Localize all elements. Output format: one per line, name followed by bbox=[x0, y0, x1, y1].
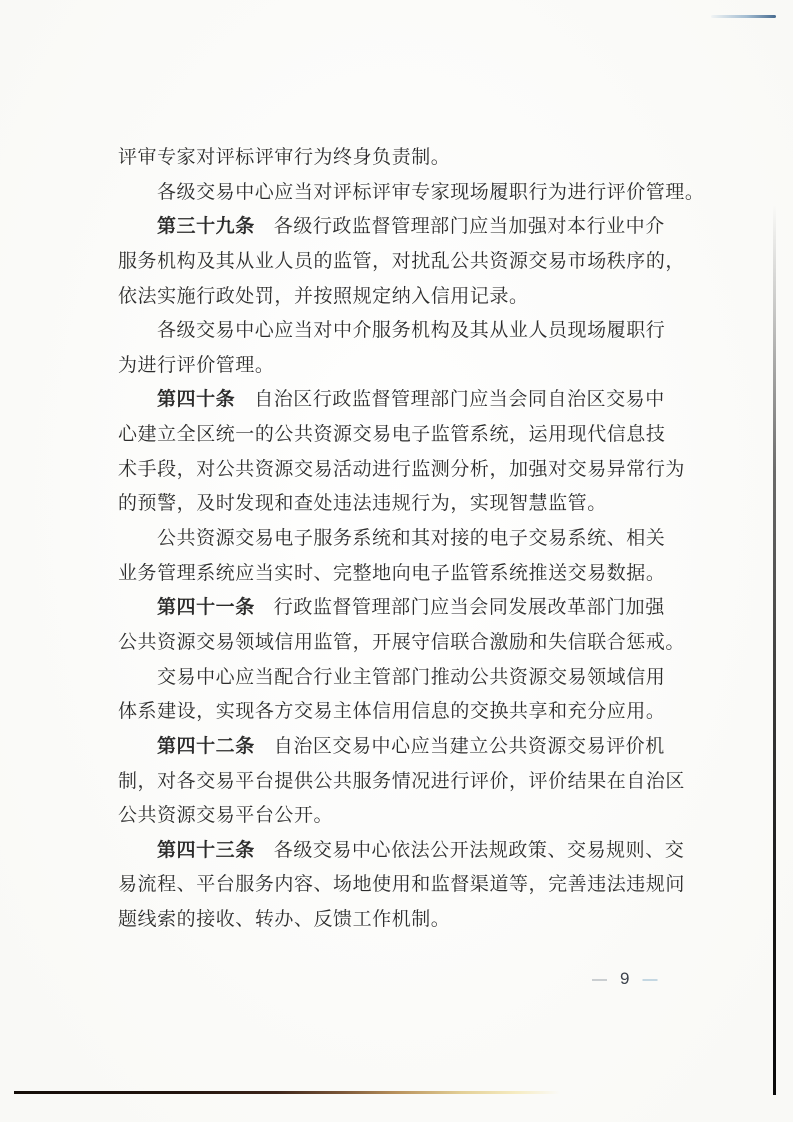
text-line: 题线索的接收、转办、反馈工作机制。 bbox=[118, 903, 685, 938]
line-text: 的预警，及时发现和查处违法违规行为，实现智慧监管。 bbox=[118, 493, 607, 514]
text-line: 公共资源交易领域信用监管，开展守信联合激励和失信联合惩戒。 bbox=[118, 626, 685, 661]
text-line: 依法实施行政处罚，并按照规定纳入信用记录。 bbox=[118, 280, 685, 315]
line-text: 依法实施行政处罚，并按照规定纳入信用记录。 bbox=[118, 286, 529, 307]
line-text: 易流程、平台服务内容、场地使用和监督渠道等，完善违法违规问 bbox=[118, 874, 685, 895]
line-text: 术手段，对公共资源交易活动进行监测分析，加强对交易异常行为 bbox=[118, 459, 685, 480]
text-line: 第三十九条各级行政监督管理部门应当加强对本行业中介 bbox=[118, 210, 685, 245]
text-line: 公共资源交易电子服务系统和其对接的电子交易系统、相关 bbox=[118, 522, 685, 557]
page-number: — 9 — bbox=[592, 969, 657, 989]
document-body: 评审专家对评标评审行为终身负责制。 各级交易中心应当对评标评审专家现场履职行为进… bbox=[118, 141, 685, 938]
line-text: 各级交易中心应当对中介服务机构及其从业人员现场履职行 bbox=[157, 320, 665, 341]
text-line: 术手段，对公共资源交易活动进行监测分析，加强对交易异常行为 bbox=[118, 453, 685, 488]
line-text: 为进行评价管理。 bbox=[118, 355, 274, 376]
line-text: 公共资源交易平台公开。 bbox=[118, 805, 333, 826]
text-line: 公共资源交易平台公开。 bbox=[118, 799, 685, 834]
text-line: 业务管理系统应当实时、完整地向电子监管系统推送交易数据。 bbox=[118, 557, 685, 592]
line-text: 公共资源交易领域信用监管，开展守信联合激励和失信联合惩戒。 bbox=[118, 632, 685, 653]
line-text: 公共资源交易电子服务系统和其对接的电子交易系统、相关 bbox=[157, 528, 665, 549]
page-number-value: 9 bbox=[620, 969, 629, 989]
text-line: 为进行评价管理。 bbox=[118, 349, 685, 384]
line-text: 制，对各交易平台提供公共服务情况进行评价，评价结果在自治区 bbox=[118, 771, 685, 792]
line-text: 服务机构及其从业人员的监管，对扰乱公共资源交易市场秩序的， bbox=[118, 251, 685, 272]
text-line: 心建立全区统一的公共资源交易电子监管系统，运用现代信息技 bbox=[118, 418, 685, 453]
article-number: 第四十二条 bbox=[157, 736, 255, 757]
scan-edge-line-right bbox=[773, 205, 776, 1095]
text-line: 体系建设，实现各方交易主体信用信息的交换共享和充分应用。 bbox=[118, 695, 685, 730]
text-line: 制，对各交易平台提供公共服务情况进行评价，评价结果在自治区 bbox=[118, 765, 685, 800]
line-text: 题线索的接收、转办、反馈工作机制。 bbox=[118, 909, 450, 930]
article-number: 第四十一条 bbox=[157, 597, 255, 618]
text-line: 各级交易中心应当对中介服务机构及其从业人员现场履职行 bbox=[118, 314, 685, 349]
text-line: 第四十三条各级交易中心依法公开法规政策、交易规则、交 bbox=[118, 834, 685, 869]
line-text: 行政监督管理部门应当会同发展改革部门加强 bbox=[274, 597, 665, 618]
line-text: 各级交易中心应当对评标评审专家现场履职行为进行评价管理。 bbox=[157, 182, 704, 203]
text-line: 交易中心应当配合行业主管部门推动公共资源交易领域信用 bbox=[118, 661, 685, 696]
article-number: 第四十条 bbox=[157, 389, 235, 410]
line-text: 体系建设，实现各方交易主体信用信息的交换共享和充分应用。 bbox=[118, 701, 665, 722]
line-text: 交易中心应当配合行业主管部门推动公共资源交易领域信用 bbox=[157, 667, 665, 688]
scan-edge-line-bottom bbox=[14, 1091, 560, 1094]
line-text: 各级交易中心依法公开法规政策、交易规则、交 bbox=[274, 840, 685, 861]
page-number-dash-left: — bbox=[592, 972, 607, 987]
line-text: 自治区交易中心应当建立公共资源交易评价机 bbox=[274, 736, 665, 757]
line-text: 自治区行政监督管理部门应当会同自治区交易中 bbox=[254, 389, 665, 410]
text-line: 评审专家对评标评审行为终身负责制。 bbox=[118, 141, 685, 176]
page-number-dash-right: — bbox=[642, 972, 657, 987]
line-text: 业务管理系统应当实时、完整地向电子监管系统推送交易数据。 bbox=[118, 563, 665, 584]
text-line: 第四十二条自治区交易中心应当建立公共资源交易评价机 bbox=[118, 730, 685, 765]
text-line: 的预警，及时发现和查处违法违规行为，实现智慧监管。 bbox=[118, 487, 685, 522]
text-line: 易流程、平台服务内容、场地使用和监督渠道等，完善违法违规问 bbox=[118, 868, 685, 903]
scanned-page: 评审专家对评标评审行为终身负责制。 各级交易中心应当对评标评审专家现场履职行为进… bbox=[0, 0, 793, 1122]
article-number: 第三十九条 bbox=[157, 216, 255, 237]
article-number: 第四十三条 bbox=[157, 840, 255, 861]
text-line: 服务机构及其从业人员的监管，对扰乱公共资源交易市场秩序的， bbox=[118, 245, 685, 280]
line-text: 心建立全区统一的公共资源交易电子监管系统，运用现代信息技 bbox=[118, 424, 665, 445]
line-text: 各级行政监督管理部门应当加强对本行业中介 bbox=[274, 216, 665, 237]
line-text: 评审专家对评标评审行为终身负责制。 bbox=[118, 147, 450, 168]
scan-artifact-top-right-line bbox=[711, 15, 776, 18]
text-line: 各级交易中心应当对评标评审专家现场履职行为进行评价管理。 bbox=[118, 176, 685, 211]
text-line: 第四十一条行政监督管理部门应当会同发展改革部门加强 bbox=[118, 591, 685, 626]
text-line: 第四十条自治区行政监督管理部门应当会同自治区交易中 bbox=[118, 383, 685, 418]
